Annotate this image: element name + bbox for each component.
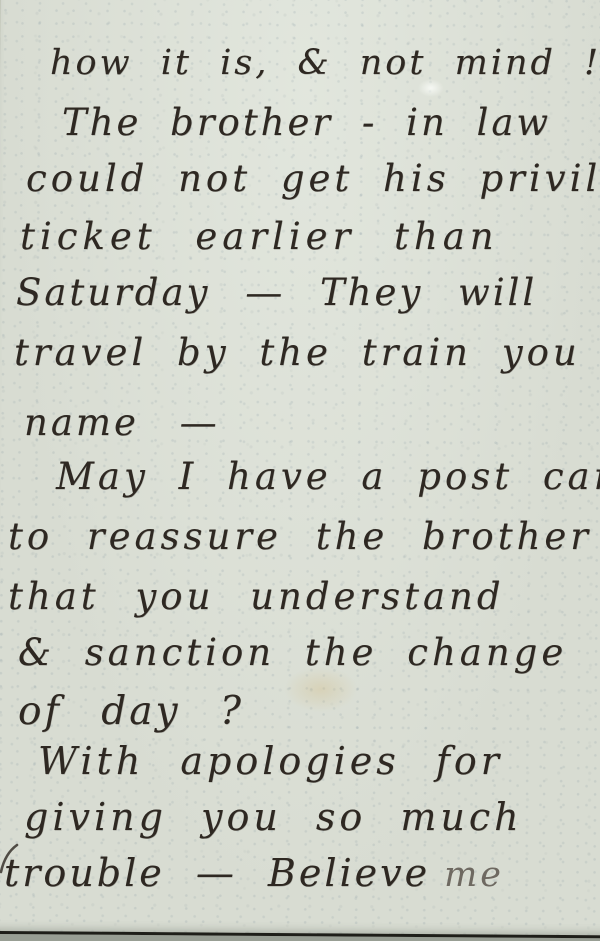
letter-line: that you understand (8, 578, 505, 615)
letter-line: Saturday — They will (16, 274, 537, 311)
letter-line: giving you so much (24, 798, 523, 836)
letter-line: The brother - in law (62, 104, 551, 141)
scanned-letter: how it is, & not mind ! The brother - in… (0, 0, 600, 941)
letter-line: & sanction the change (18, 634, 567, 671)
letter-line: of day ? (18, 692, 244, 731)
letter-line: ticket earlier than (20, 218, 499, 255)
letter-line: travel by the train you (14, 334, 581, 371)
letter-line: With apologies for (38, 742, 503, 780)
letter-line: to reassure the brother (8, 518, 592, 555)
letter-line-faded-word: me (444, 855, 504, 895)
letter-line-text: trouble — Believe (4, 851, 430, 895)
letter-line: name — (24, 404, 220, 441)
letter-line: trouble — Believeme (4, 854, 504, 893)
letter-line: how it is, & not mind ! (50, 46, 600, 81)
letter-line: could not get his privilege (26, 160, 600, 197)
letter-line: May I have a post card (56, 458, 600, 495)
